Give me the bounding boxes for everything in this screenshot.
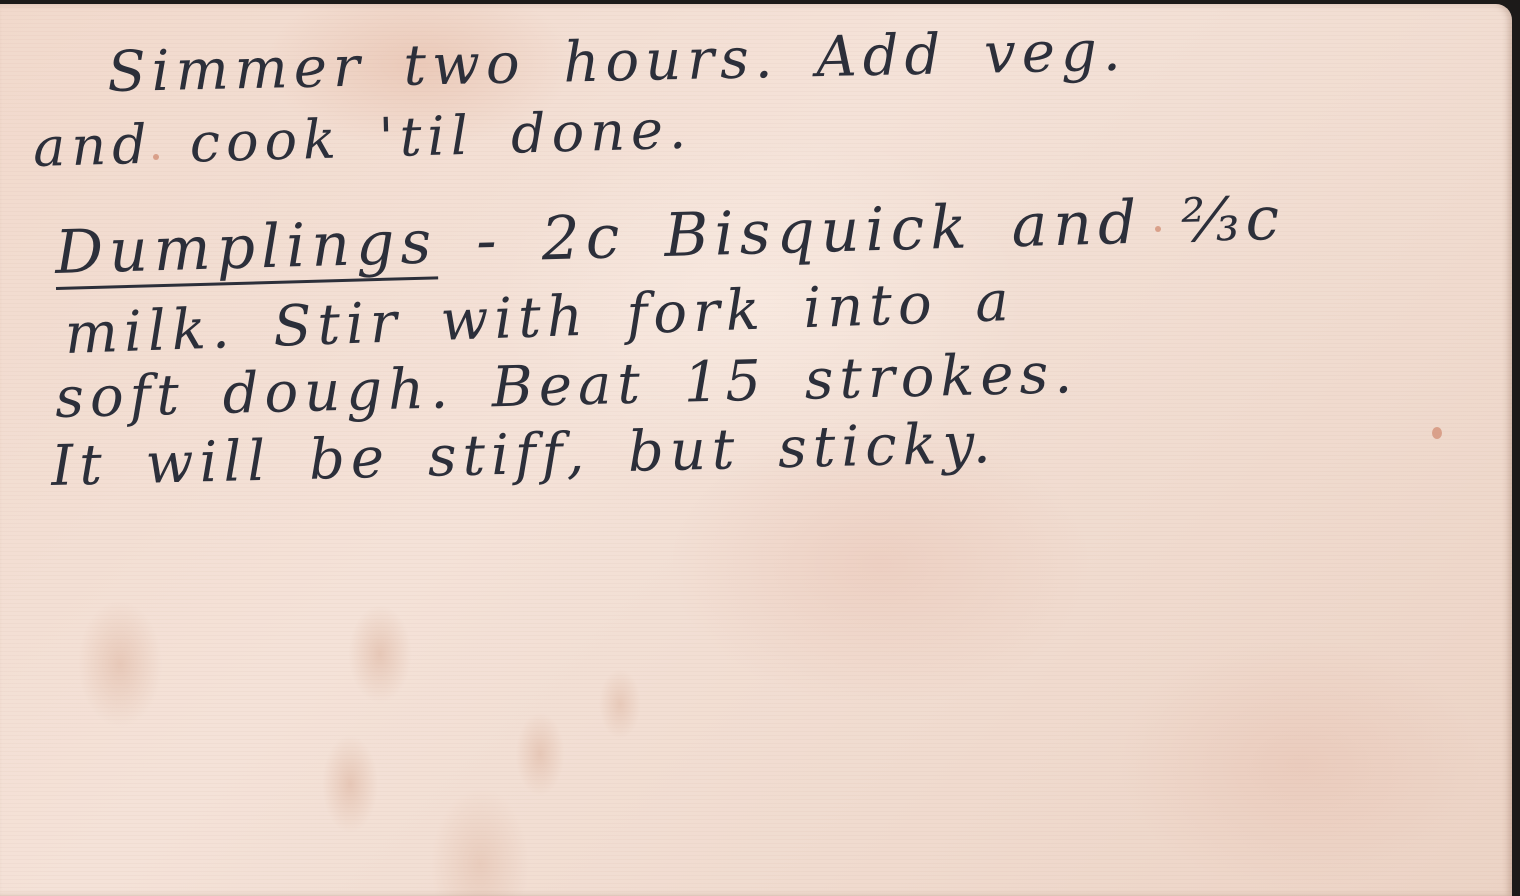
- dumplings-ingredients: - 2c Bisquick and ⅔c: [436, 184, 1286, 278]
- recipe-line-3: Dumplings - 2c Bisquick and ⅔c: [54, 184, 1286, 288]
- recipe-card: Simmer two hours. Add veg. and cook 'til…: [0, 4, 1512, 896]
- recipe-line-1: Simmer two hours. Add veg.: [107, 19, 1128, 105]
- recipe-line-2: and cook 'til done.: [32, 98, 693, 179]
- stain-spot: [1432, 427, 1442, 439]
- dumplings-heading: Dumplings: [54, 207, 438, 288]
